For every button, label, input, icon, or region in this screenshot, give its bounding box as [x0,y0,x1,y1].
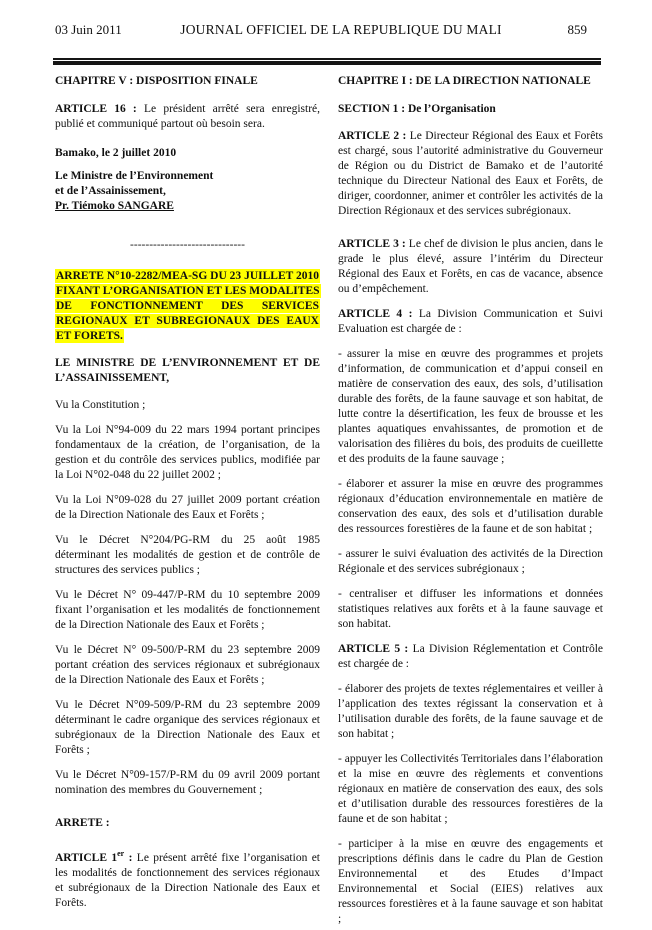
article-4-item-3: - assurer le suivi évaluation des activi… [338,547,603,577]
chapter-v-heading: CHAPITRE V : DISPOSITION FINALE [55,74,320,89]
visa-decret-09-447: Vu le Décret N° 09-447/P-RM du 10 septem… [55,588,320,633]
header-rule-thin [53,58,601,60]
article-4-item-2: - élaborer et assurer la mise en œuvre d… [338,477,603,537]
article-5-item-3: - participer à la mise en œuvre des enga… [338,837,603,927]
article-4-item-4: - centraliser et diffuser les informatio… [338,587,603,632]
visa-loi-09-028: Vu la Loi N°09-028 du 27 juillet 2009 po… [55,493,320,523]
article-3-label: ARTICLE 3 : [338,238,406,250]
header-rule [53,58,601,65]
dashed-separator: ------------------------------ [55,238,320,253]
visa-decret-204: Vu le Décret N°204/PG-RM du 25 août 1985… [55,533,320,578]
arrete-title: ARRETE N°10-2282/MEA-SG DU 23 JUILLET 20… [55,269,320,344]
article-1-label: ARTICLE 1er : [55,852,132,864]
right-column: CHAPITRE I : DE LA DIRECTION NATIONALE S… [338,74,603,930]
section-1-heading: SECTION 1 : De l’Organisation [338,102,603,117]
article-5-item-2: - appuyer les Collectivités Territoriale… [338,752,603,827]
arrete-title-highlight: ARRETE N°10-2282/MEA-SG DU 23 JUILLET 20… [55,269,321,343]
article-5-label: ARTICLE 5 : [338,643,408,655]
chapter-i-heading: CHAPITRE I : DE LA DIRECTION NATIONALE [338,74,603,89]
visa-loi-94-009: Vu la Loi N°94-009 du 22 mars 1994 porta… [55,423,320,483]
date-line: Bamako, le 2 juillet 2010 [55,146,320,161]
article-3-paragraph: ARTICLE 3 : Le chef de division le plus … [338,237,603,297]
signature-line-1: Le Ministre de l’Environnement [55,169,320,184]
article-2-text: Le Directeur Régional des Eaux et Forêts… [338,130,603,217]
signature-block: Le Ministre de l’Environnement et de l’A… [55,169,320,214]
visa-decret-09-500: Vu le Décret N° 09-500/P-RM du 23 septem… [55,643,320,688]
article-4-label: ARTICLE 4 : [338,308,412,320]
left-column: CHAPITRE V : DISPOSITION FINALE ARTICLE … [55,74,320,930]
article-1-label-number: ARTICLE 1 [55,852,117,864]
visa-decret-09-509: Vu le Décret N°09-509/P-RM du 23 septemb… [55,698,320,758]
arrete-label: ARRETE : [55,816,320,831]
header-date: 03 Juin 2011 [55,22,155,38]
header-rule-thick [53,61,601,65]
article-16-paragraph: ARTICLE 16 : Le président arrêté sera en… [55,102,320,132]
article-16-label: ARTICLE 16 : [55,103,137,115]
article-4-item-1: - assurer la mise en œuvre des programme… [338,347,603,467]
article-5-paragraph: ARTICLE 5 : La Division Réglementation e… [338,642,603,672]
journal-title: JOURNAL OFFICIEL DE LA REPUBLIQUE DU MAL… [155,22,527,38]
article-4-paragraph: ARTICLE 4 : La Division Communication et… [338,307,603,337]
two-column-body: CHAPITRE V : DISPOSITION FINALE ARTICLE … [55,74,603,930]
article-5-item-1: - élaborer des projets de textes régleme… [338,682,603,742]
page-number: 859 [527,22,601,38]
article-1-paragraph: ARTICLE 1er : Le présent arrêté fixe l’o… [55,851,320,911]
article-2-label: ARTICLE 2 : [338,130,406,142]
signature-name: Pr. Tiémoko SANGARE [55,199,320,214]
visa-decret-09-157: Vu le Décret N°09-157/P-RM du 09 avril 2… [55,768,320,798]
gazette-page: 03 Juin 2011 JOURNAL OFFICIEL DE LA REPU… [0,0,652,930]
page-header: 03 Juin 2011 JOURNAL OFFICIEL DE LA REPU… [55,22,601,38]
visa-constitution: Vu la Constitution ; [55,398,320,413]
article-2-paragraph: ARTICLE 2 : Le Directeur Régional des Ea… [338,129,603,219]
signature-line-2: et de l’Assainissement, [55,184,320,199]
minister-heading: LE MINISTRE DE L’ENVIRONNEMENT ET DE L’A… [55,356,320,386]
